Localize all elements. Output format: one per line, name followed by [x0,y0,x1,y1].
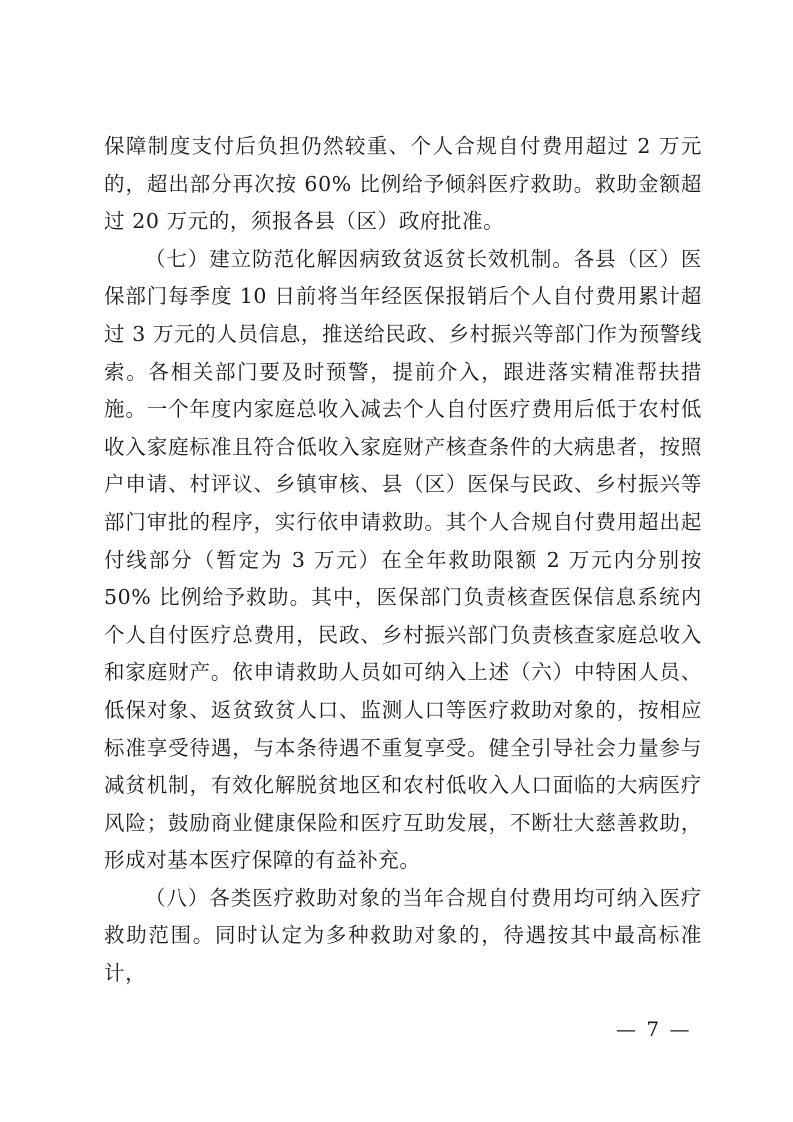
paragraph-section-7: （七）建立防范化解因病致贫返贫长效机制。各县（区）医保部门每季度 10 日前将当… [104,241,702,880]
page-number: — 7 — [616,1016,706,1042]
paragraph-continued: 保障制度支付后负担仍然较重、个人合规自付费用超过 2 万元的，超出部分再次按 6… [104,128,702,241]
paragraph-section-8: （八）各类医疗救助对象的当年合规自付费用均可纳入医疗救助范围。同时认定为多种救助… [104,880,702,993]
document-page: 保障制度支付后负担仍然较重、个人合规自付费用超过 2 万元的，超出部分再次按 6… [104,128,702,993]
